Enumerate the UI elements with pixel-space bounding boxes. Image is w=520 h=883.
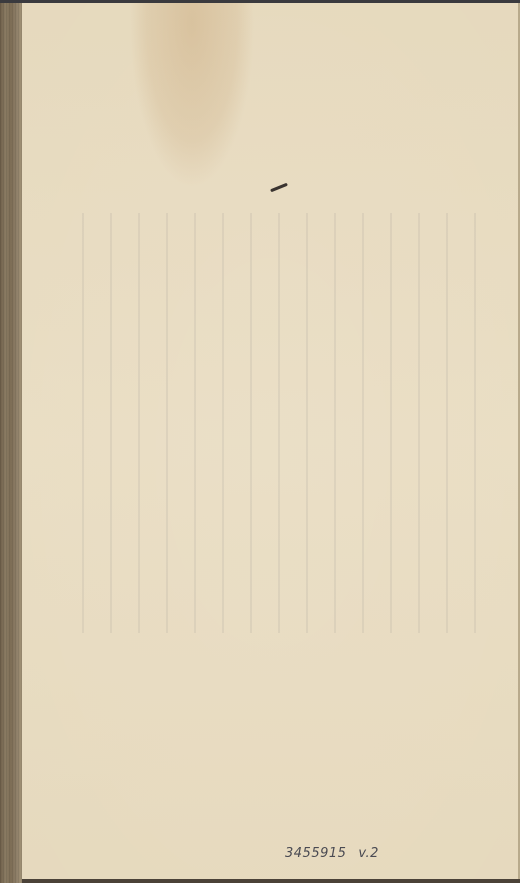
- show-through-text: [82, 213, 482, 633]
- volume-label: v.2: [358, 846, 379, 861]
- handwritten-call-number: 3455915v.2: [285, 846, 379, 861]
- scan-bottom-border: [22, 879, 520, 883]
- call-number-value: 3455915: [285, 846, 346, 861]
- book-spine-edge: [0, 3, 22, 883]
- blank-page: [22, 3, 518, 880]
